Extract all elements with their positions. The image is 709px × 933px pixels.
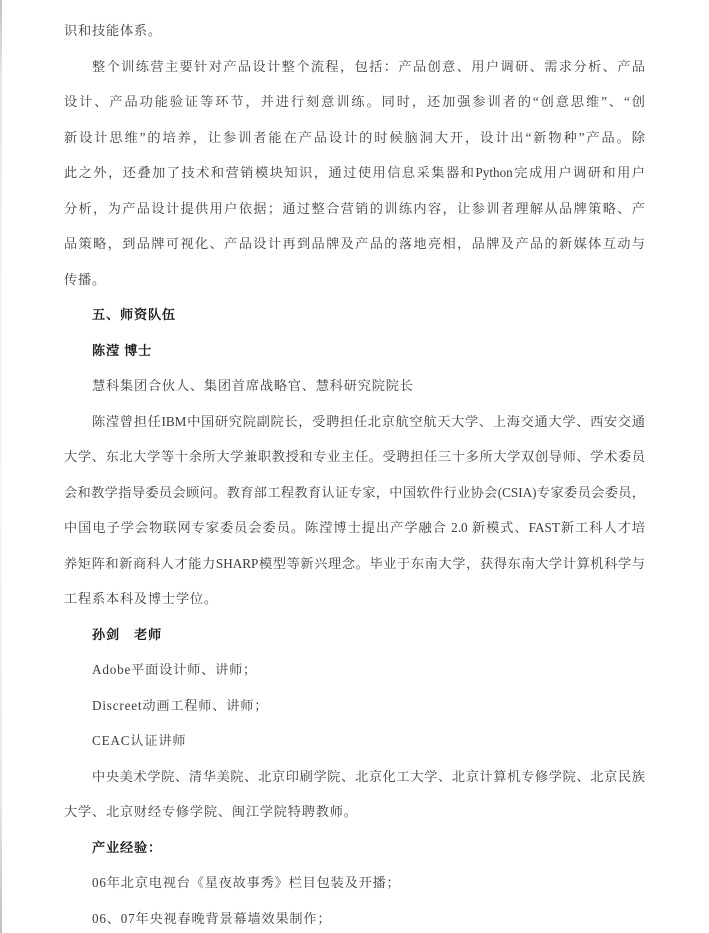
text-line: 整个训练营主要针对产品设计整个流程，包括：产品创意、用户调研、需求分析、产品 [64, 49, 645, 85]
text-line: 陈滢曾担任IBM中国研究院副院长，受聘担任北京航空航天大学、上海交通大学、西安交… [64, 404, 645, 440]
text-line: 传播。 [64, 262, 645, 298]
text-line: 中国电子学会物联网专家委员会委员。陈滢博士提出产学融合 2.0 新模式、FAST… [64, 510, 645, 546]
text-line: Discreet动画工程师、讲师； [64, 688, 645, 724]
page-edge-shadow [0, 0, 2, 933]
text-line: 会和教学指导委员会顾问。教育部工程教育认证专家，中国软件行业协会(CSIA)专家… [64, 475, 645, 511]
text-line: 慧科集团合伙人、集团首席战略官、慧科研究院院长 [64, 368, 645, 404]
text-line: 工程系本科及博士学位。 [64, 581, 645, 617]
text-line: 06、07年央视春晚背景幕墙效果制作； [64, 901, 645, 933]
text-line: 识和技能体系。 [64, 13, 645, 49]
text-line: 分析，为产品设计提供用户依据；通过整合营销的训练内容，让参训者理解从品牌策略、产 [64, 191, 645, 227]
text-line: 大学、北京财经专修学院、闽江学院特聘教师。 [64, 794, 645, 830]
text-line: 大学、东北大学等十余所大学兼职教授和专业主任。受聘担任三十多所大学双创导师、学术… [64, 439, 645, 475]
heading-line: 五、师资队伍 [64, 297, 645, 333]
text-line: Adobe平面设计师、讲师； [64, 652, 645, 688]
text-line: 养矩阵和新商科人才能力SHARP模型等新兴理念。毕业于东南大学，获得东南大学计算… [64, 546, 645, 582]
text-line: 新设计思维”的培养，让参训者能在产品设计的时候脑洞大开，设计出“新物种”产品。除 [64, 120, 645, 156]
heading-line: 陈滢 博士 [64, 333, 645, 369]
heading-line: 孙剑 老师 [64, 617, 645, 653]
text-line: 品策略，到品牌可视化、产品设计再到品牌及产品的落地亮相，品牌及产品的新媒体互动与 [64, 226, 645, 262]
heading-line: 产业经验： [64, 830, 645, 866]
text-line: 此之外，还叠加了技术和营销模块知识，通过使用信息采集器和Python完成用户调研… [64, 155, 645, 191]
text-line: CEAC认证讲师 [64, 723, 645, 759]
text-line: 设计、产品功能验证等环节，并进行刻意训练。同时，还加强参训者的“创意思维”、“创 [64, 84, 645, 120]
document-page: 识和技能体系。整个训练营主要针对产品设计整个流程，包括：产品创意、用户调研、需求… [0, 0, 709, 933]
document-content: 识和技能体系。整个训练营主要针对产品设计整个流程，包括：产品创意、用户调研、需求… [64, 13, 645, 933]
text-line: 06年北京电视台《星夜故事秀》栏目包装及开播； [64, 865, 645, 901]
text-line: 中央美术学院、清华美院、北京印刷学院、北京化工大学、北京计算机专修学院、北京民族 [64, 759, 645, 795]
